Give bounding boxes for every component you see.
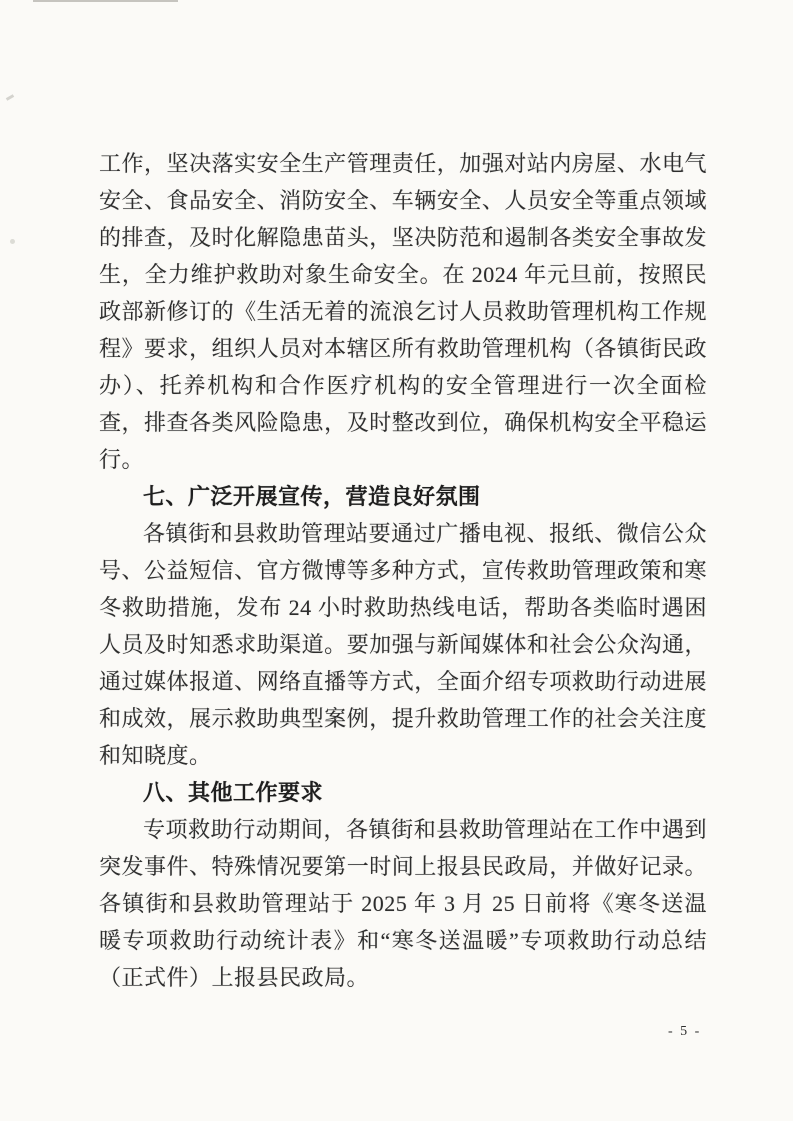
scan-artifact-speck [6,94,14,101]
paragraph-continued-from-previous-page: 工作，坚决落实安全生产管理责任，加强对站内房屋、水电气安全、食品安全、消防安全、… [99,145,707,478]
section-heading-8: 八、其他工作要求 [99,774,707,811]
scan-artifact-line [33,0,178,2]
section-7-paragraph: 各镇街和县救助管理站要通过广播电视、报纸、微信公众号、公益短信、官方微博等多种方… [99,515,707,774]
scan-artifact-speck [10,239,15,244]
section-8-paragraph: 专项救助行动期间，各镇街和县救助管理站在工作中遇到突发事件、特殊情况要第一时间上… [99,811,707,996]
section-heading-7: 七、广泛开展宣传，营造良好氛围 [99,478,707,515]
document-page: 工作，坚决落实安全生产管理责任，加强对站内房屋、水电气安全、食品安全、消防安全、… [0,0,793,1121]
document-body: 工作，坚决落实安全生产管理责任，加强对站内房屋、水电气安全、食品安全、消防安全、… [99,145,707,996]
footer-page-number: - 5 - [668,1024,701,1040]
